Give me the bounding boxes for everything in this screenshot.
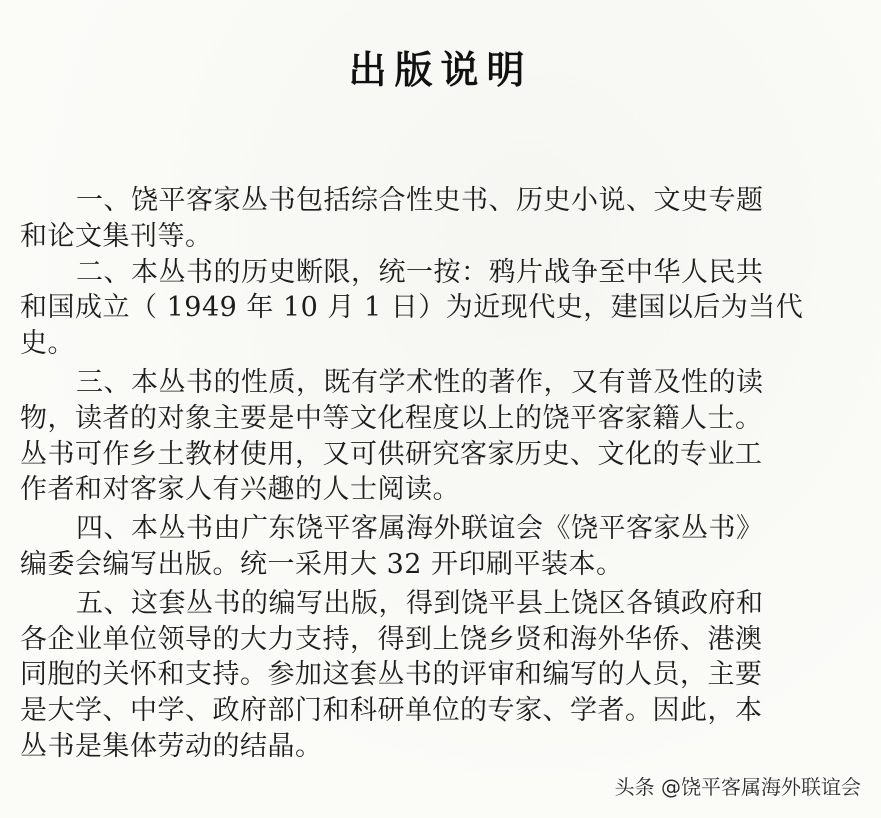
paragraph-line: 五、这套丛书的编写出版，得到饶平县上饶区各镇政府和: [20, 586, 865, 622]
paragraph-line: 一、饶平客家丛书包括综合性史书、历史小说、文史专题: [20, 183, 865, 219]
paragraph-line: 编委会编写出版。统一采用大 32 开印刷平装本。: [20, 547, 865, 583]
page-title: 出版说明: [0, 42, 881, 98]
paragraph-line: 和论文集刊等。: [20, 219, 865, 255]
document-body: 一、饶平客家丛书包括综合性史书、历史小说、文史专题 和论文集刊等。 二、本丛书的…: [20, 183, 865, 765]
paragraph-line: 是大学、中学、政府部门和科研单位的专家、学者。因此，本: [20, 693, 865, 729]
scanned-page: 出版说明 一、饶平客家丛书包括综合性史书、历史小说、文史专题 和论文集刊等。 二…: [0, 0, 881, 818]
paragraph-line: 丛书是集体劳动的结晶。: [20, 729, 865, 765]
paragraph-line: 二、本丛书的历史断限，统一按：鸦片战争至中华人民共: [20, 255, 865, 291]
paragraph-2: 二、本丛书的历史断限，统一按：鸦片战争至中华人民共 和国成立（ 1949 年 1…: [20, 255, 865, 362]
paragraph-4: 四、本丛书由广东饶平客属海外联谊会《饶平客家丛书》 编委会编写出版。统一采用大 …: [20, 511, 865, 583]
paragraph-line: 和国成立（ 1949 年 10 月 1 日）为近现代史，建国以后为当代: [20, 290, 865, 326]
paragraph-5: 五、这套丛书的编写出版，得到饶平县上饶区各镇政府和 各企业单位领导的大力支持，得…: [20, 586, 865, 765]
paragraph-3: 三、本丛书的性质，既有学术性的著作，又有普及性的读 物，读者的对象主要是中等文化…: [20, 365, 865, 508]
paragraph-line: 各企业单位领导的大力支持，得到上饶乡贤和海外华侨、港澳: [20, 622, 865, 658]
paragraph-line: 四、本丛书由广东饶平客属海外联谊会《饶平客家丛书》: [20, 511, 865, 547]
paragraph-1: 一、饶平客家丛书包括综合性史书、历史小说、文史专题 和论文集刊等。: [20, 183, 865, 255]
watermark: 头条 @饶平客属海外联谊会: [615, 771, 861, 800]
paragraph-line: 物，读者的对象主要是中等文化程度以上的饶平客家籍人士。: [20, 401, 865, 437]
paragraph-line: 丛书可作乡土教材使用，又可供研究客家历史、文化的专业工: [20, 437, 865, 473]
paragraph-line: 史。: [20, 326, 865, 362]
paragraph-line: 作者和对客家人有兴趣的人士阅读。: [20, 472, 865, 508]
paragraph-line: 同胞的关怀和支持。参加这套丛书的评审和编写的人员，主要: [20, 657, 865, 693]
paragraph-line: 三、本丛书的性质，既有学术性的著作，又有普及性的读: [20, 365, 865, 401]
